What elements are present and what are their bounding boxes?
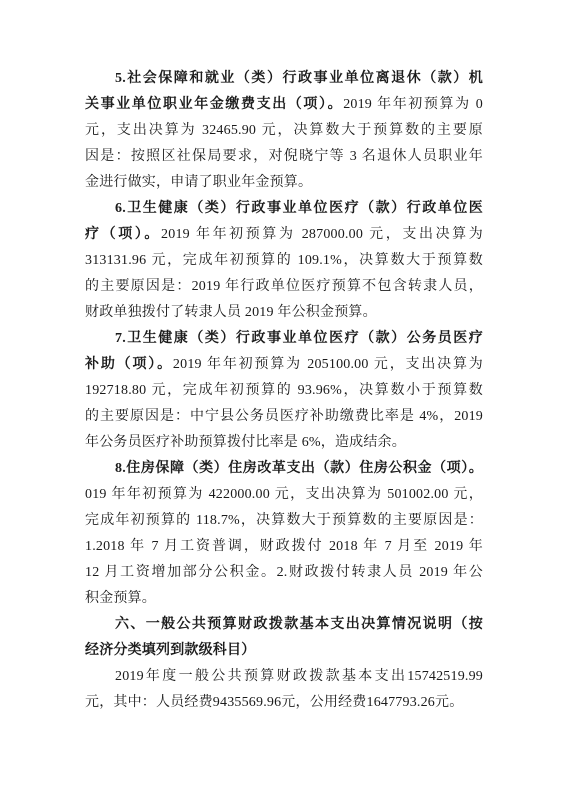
document-page: 5.社会保障和就业（类）行政事业单位离退休（款）机 关事业单位职业年金缴费支出（…	[0, 0, 565, 800]
text-line: 8.住房保障（类）住房改革支出（款）住房公积金（项）。	[85, 456, 483, 482]
bold-run: 经济分类填列到款级科目）	[85, 643, 255, 658]
text-line: 6.卫生健康（类）行政事业单位医疗（款）行政单位医	[85, 196, 483, 222]
text-line: 补助（项）。2019 年年初预算为 205100.00 元，支出决算为	[85, 352, 483, 378]
section-heading-6: 六、一般公共预算财政拨款基本支出决算情况说明（按 经济分类填列到款级科目）	[85, 612, 483, 664]
text-run: 2019 年年初预算为 287000.00 元，支出决算为	[161, 227, 483, 242]
text-run: 019 年年初预算为 422000.00 元，支出决算为 501002.00 元…	[85, 487, 483, 502]
text-line: 的主要原因是：2019 年行政单位医疗预算不包含转隶人员，	[85, 274, 483, 300]
text-run: 的主要原因是：中宁县公务员医疗补助缴费比率是 4%，2019	[85, 409, 483, 424]
bold-run: 6.卫生健康（类）行政事业单位医疗（款）行政单位医	[115, 201, 483, 216]
text-line: 积金预算。	[85, 586, 483, 612]
text-run: 2019 年年初预算为 205100.00 元，支出决算为	[173, 357, 483, 372]
text-run: 的主要原因是：2019 年行政单位医疗预算不包含转隶人员，	[85, 279, 483, 294]
text-line: 完成年初预算的 118.7%，决算数大于预算数的主要原因是：	[85, 508, 483, 534]
text-line: 192718.80 元，完成年初预算的 93.96%，决算数小于预算数	[85, 378, 483, 404]
text-line: 疗（项）。2019 年年初预算为 287000.00 元，支出决算为	[85, 222, 483, 248]
text-line: 1.2018 年 7 月工资普调，财政拨付 2018 年 7 月至 2019 年	[85, 534, 483, 560]
text-line: 元，支出决算为 32465.90 元，决算数大于预算数的主要原	[85, 118, 483, 144]
text-run: 年公务员医疗补助预算拨付比率是 6%，造成结余。	[85, 435, 406, 450]
text-run: 192718.80 元，完成年初预算的 93.96%，决算数小于预算数	[85, 383, 483, 398]
text-run: 313131.96 元，完成年初预算的 109.1%，决算数大于预算数	[85, 253, 483, 268]
text-run: 12 月工资增加部分公积金。2.财政拨付转隶人员 2019 年公	[85, 565, 483, 580]
text-line: 六、一般公共预算财政拨款基本支出决算情况说明（按	[85, 612, 483, 638]
text-line: 019 年年初预算为 422000.00 元，支出决算为 501002.00 元…	[85, 482, 483, 508]
text-run: 完成年初预算的 118.7%，决算数大于预算数的主要原因是：	[85, 513, 483, 528]
text-line: 关事业单位职业年金缴费支出（项）。2019 年年初预算为 0	[85, 92, 483, 118]
bold-run: 疗（项）。	[85, 227, 161, 242]
bold-run: 关事业单位职业年金缴费支出（项）。	[85, 97, 343, 112]
text-line: 财政单独拨付了转隶人员 2019 年公积金预算。	[85, 300, 483, 326]
text-line: 2019年度一般公共预算财政拨款基本支出15742519.99	[85, 664, 483, 690]
text-run: 元，其中：人员经费9435569.96元，公用经费1647793.26元。	[85, 695, 463, 710]
text-run: 2019年度一般公共预算财政拨款基本支出15742519.99	[115, 669, 483, 684]
text-run: 因是：按照区社保局要求，对倪晓宁等 3 名退休人员职业年	[85, 149, 483, 164]
text-line: 元，其中：人员经费9435569.96元，公用经费1647793.26元。	[85, 690, 483, 716]
text-run: 1.2018 年 7 月工资普调，财政拨付 2018 年 7 月至 2019 年	[85, 539, 483, 554]
text-line: 因是：按照区社保局要求，对倪晓宁等 3 名退休人员职业年	[85, 144, 483, 170]
text-line: 经济分类填列到款级科目）	[85, 638, 483, 664]
text-line: 年公务员医疗补助预算拨付比率是 6%，造成结余。	[85, 430, 483, 456]
text-line: 313131.96 元，完成年初预算的 109.1%，决算数大于预算数	[85, 248, 483, 274]
bold-run: 补助（项）。	[85, 357, 173, 372]
bold-run: 8.住房保障（类）住房改革支出（款）住房公积金（项）。	[115, 461, 483, 476]
paragraph-item-8: 8.住房保障（类）住房改革支出（款）住房公积金（项）。 019 年年初预算为 4…	[85, 456, 483, 612]
text-line: 5.社会保障和就业（类）行政事业单位离退休（款）机	[85, 66, 483, 92]
text-line: 12 月工资增加部分公积金。2.财政拨付转隶人员 2019 年公	[85, 560, 483, 586]
paragraph-basic-expenditure: 2019年度一般公共预算财政拨款基本支出15742519.99 元，其中：人员经…	[85, 664, 483, 716]
paragraph-item-5: 5.社会保障和就业（类）行政事业单位离退休（款）机 关事业单位职业年金缴费支出（…	[85, 66, 483, 196]
text-run: 积金预算。	[85, 591, 156, 606]
text-run: 财政单独拨付了转隶人员 2019 年公积金预算。	[85, 305, 377, 320]
text-line: 的主要原因是：中宁县公务员医疗补助缴费比率是 4%，2019	[85, 404, 483, 430]
text-run: 元，支出决算为 32465.90 元，决算数大于预算数的主要原	[85, 123, 483, 138]
text-line: 金进行做实，申请了职业年金预算。	[85, 170, 483, 196]
document-text-block: 5.社会保障和就业（类）行政事业单位离退休（款）机 关事业单位职业年金缴费支出（…	[85, 66, 483, 716]
paragraph-item-6: 6.卫生健康（类）行政事业单位医疗（款）行政单位医 疗（项）。2019 年年初预…	[85, 196, 483, 326]
text-line: 7.卫生健康（类）行政事业单位医疗（款）公务员医疗	[85, 326, 483, 352]
text-run: 2019 年年初预算为 0	[343, 97, 483, 112]
paragraph-item-7: 7.卫生健康（类）行政事业单位医疗（款）公务员医疗 补助（项）。2019 年年初…	[85, 326, 483, 456]
text-run: 金进行做实，申请了职业年金预算。	[85, 175, 312, 190]
bold-run: 六、一般公共预算财政拨款基本支出决算情况说明（按	[115, 617, 483, 632]
bold-run: 5.社会保障和就业（类）行政事业单位离退休（款）机	[115, 71, 483, 86]
bold-run: 7.卫生健康（类）行政事业单位医疗（款）公务员医疗	[115, 331, 483, 346]
